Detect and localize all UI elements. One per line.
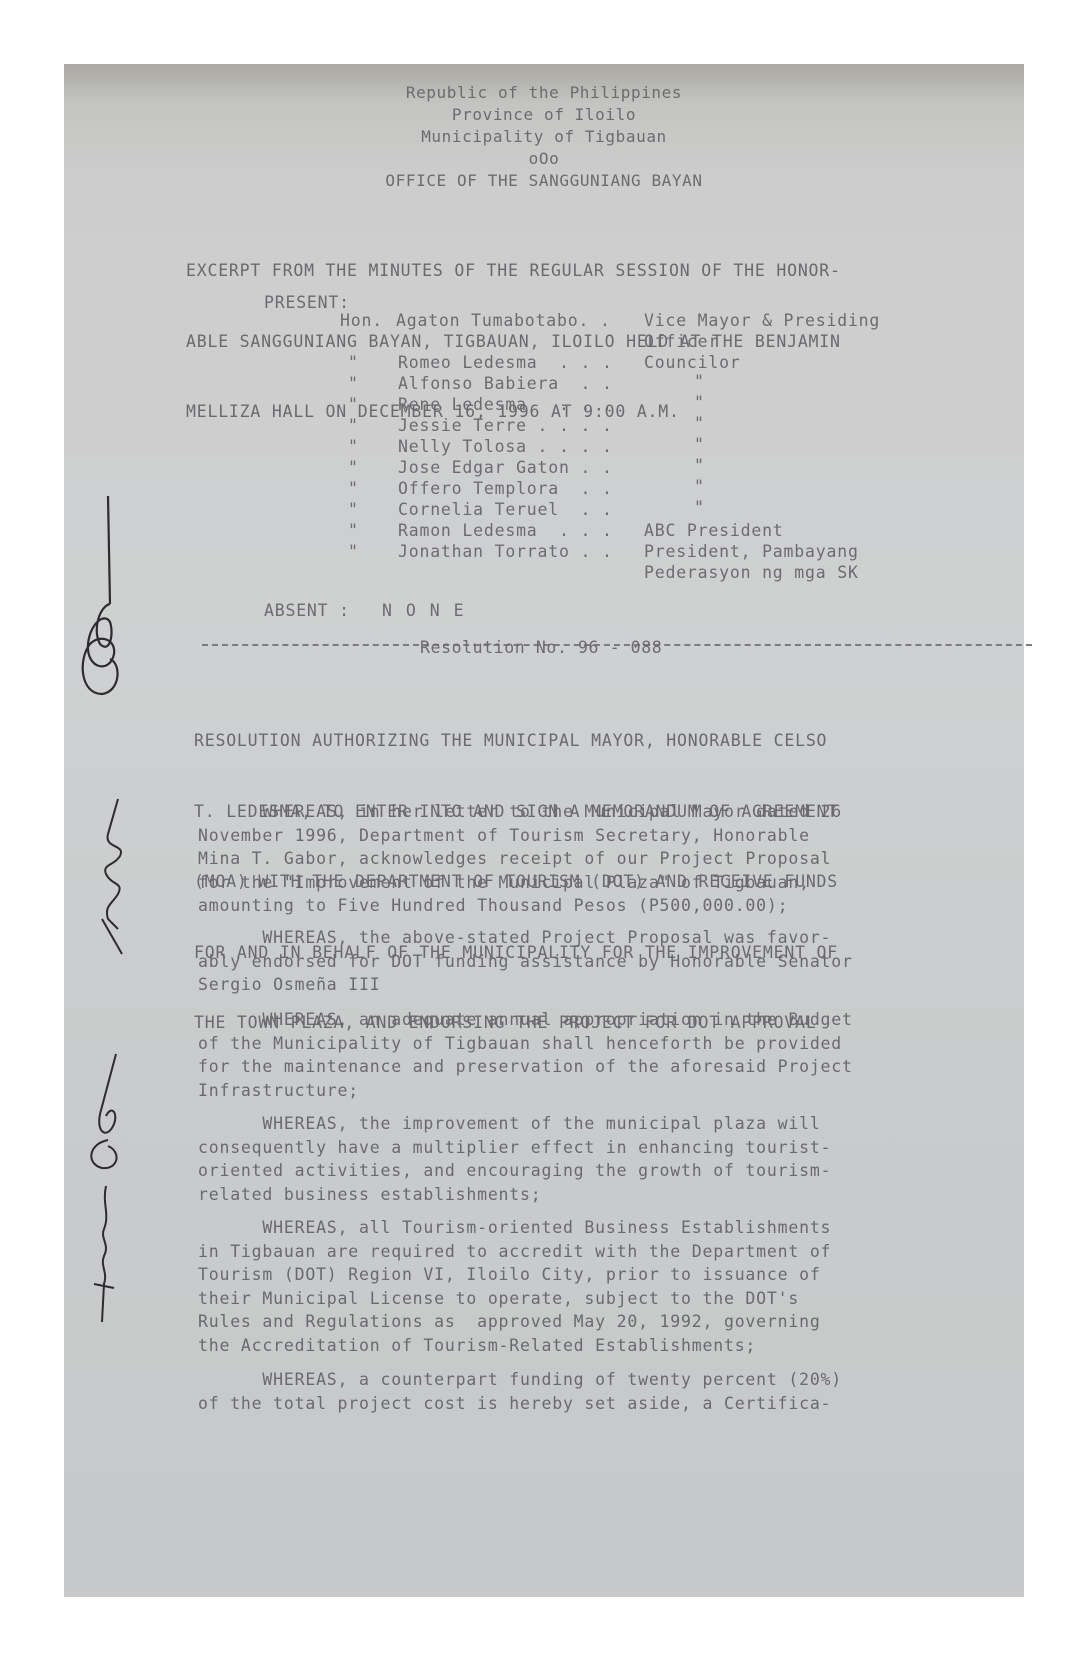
attendee-role: " [694,455,705,477]
whereas-paragraph: WHEREAS, the above-stated Project Propos… [198,926,853,997]
attendee-name: Jonathan Torrato . . [398,541,613,563]
attendee-name: Cornelia Teruel . . [398,499,613,521]
whereas-line: the Accreditation of Tourism-Related Est… [198,1334,831,1358]
attendee-name: Jessie Terre . . . . [398,415,613,437]
whereas-paragraph: WHEREAS, an adequate annual appropriatio… [198,1008,853,1102]
header-municipality: Municipality of Tigbauan [64,126,1024,148]
whereas-line: of the total project cost is hereby set … [198,1392,842,1416]
header-office: OFFICE OF THE SANGGUNIANG BAYAN [64,170,1024,192]
attendee-prefix: " [348,457,359,479]
resolution-number: Resolution No. 96 - 088 [420,637,662,659]
header-province: Province of Iloilo [64,104,1024,126]
whereas-line: Sergio Osmeña III [198,973,853,997]
attendee-name: Offero Templora . . [398,478,613,500]
whereas-paragraph: WHEREAS, all Tourism-oriented Business E… [198,1216,831,1357]
attendee-role: President, Pambayang [644,541,859,563]
whereas-line: consequently have a multiplier effect in… [198,1136,831,1160]
whereas-line: WHEREAS, the above-stated Project Propos… [198,926,853,950]
excerpt-line: ABLE SANGGUNIANG BAYAN, TIGBAUAN, ILOILO… [186,330,841,354]
whereas-line: in Tigbauan are required to accredit wit… [198,1240,831,1264]
attendee-prefix: " [348,415,359,437]
attendee-role-continued: Officer [644,331,719,353]
attendee-name: Nelly Tolosa . . . . [398,436,613,458]
whereas-line: of the Municipality of Tigbauan shall he… [198,1032,853,1056]
attendee-name: Ramon Ledesma . . . [398,520,613,542]
whereas-line: WHEREAS, a counterpart funding of twenty… [198,1368,842,1392]
attendee-name: Alfonso Babiera . . [398,373,613,395]
attendee-prefix: " [348,520,359,542]
whereas-paragraph: WHEREAS, a counterpart funding of twenty… [198,1368,842,1415]
whereas-line: ably endorsed for DOT funding assistance… [198,950,853,974]
whereas-line: for the "Improvement of the Municipal Pl… [198,871,842,895]
attendee-name: Rene Ledesma . . . [398,394,613,416]
attendee-role: " [694,497,705,519]
header-republic: Republic of the Philippines [64,82,1024,104]
attendee-name: Agaton Tumabotabo. . [396,310,611,332]
header-ornament: oOo [64,148,1024,170]
whereas-line: WHEREAS, all Tourism-oriented Business E… [198,1216,831,1240]
excerpt-line: EXCERPT FROM THE MINUTES OF THE REGULAR … [186,259,841,283]
attendee-role: " [694,476,705,498]
document-page: Republic of the Philippines Province of … [64,64,1024,1597]
attendee-prefix: " [348,352,359,374]
margin-signature-initials [70,494,140,728]
whereas-line: November 1996, Department of Tourism Sec… [198,824,842,848]
attendee-role: Councilor [644,352,741,374]
whereas-line: WHEREAS, in her letter to the Municipal … [198,800,842,824]
whereas-line: oriented activities, and encouraging the… [198,1159,831,1183]
attendee-prefix: " [348,499,359,521]
absent-label: ABSENT : [264,600,350,622]
attendee-name: Romeo Ledesma . . . [398,352,613,374]
attendee-name: Jose Edgar Gaton . . [398,457,613,479]
whereas-line: Rules and Regulations as approved May 20… [198,1310,831,1334]
attendee-role: " [694,392,705,414]
whereas-line: for the maintenance and preservation of … [198,1055,853,1079]
whereas-line: their Municipal License to operate, subj… [198,1287,831,1311]
whereas-line: Infrastructure; [198,1079,853,1103]
attendee-prefix: " [348,436,359,458]
whereas-paragraph: WHEREAS, in her letter to the Municipal … [198,800,842,918]
whereas-line: amounting to Five Hundred Thousand Pesos… [198,894,842,918]
attendee-role: " [694,413,705,435]
attendee-prefix: Hon. [340,310,383,332]
attendee-prefix: " [348,394,359,416]
attendee-role: Vice Mayor & Presiding [644,310,880,332]
attendee-role: " [694,371,705,393]
resolution-title-line: RESOLUTION AUTHORIZING THE MUNICIPAL MAY… [194,729,838,753]
absent-value: N O N E [382,600,466,622]
margin-signature-lallat [78,794,138,968]
whereas-paragraph: WHEREAS, the improvement of the municipa… [198,1112,831,1206]
whereas-line: Mina T. Gabor, acknowledges receipt of o… [198,847,842,871]
whereas-line: related business establishments; [198,1183,831,1207]
attendee-role-continued: Pederasyon ng mga SK [644,562,859,584]
whereas-line: WHEREAS, the improvement of the municipa… [198,1112,831,1136]
attendee-role: ABC President [644,520,784,542]
attendee-prefix: " [348,478,359,500]
margin-signature-attmara [80,1184,130,1328]
margin-signature-agit [78,1044,138,1178]
whereas-line: Tourism (DOT) Region VI, Iloilo City, pr… [198,1263,831,1287]
whereas-line: WHEREAS, an adequate annual appropriatio… [198,1008,853,1032]
attendee-role: " [694,434,705,456]
attendee-prefix: " [348,373,359,395]
attendee-prefix: " [348,541,359,563]
present-label: PRESENT: [264,292,350,314]
